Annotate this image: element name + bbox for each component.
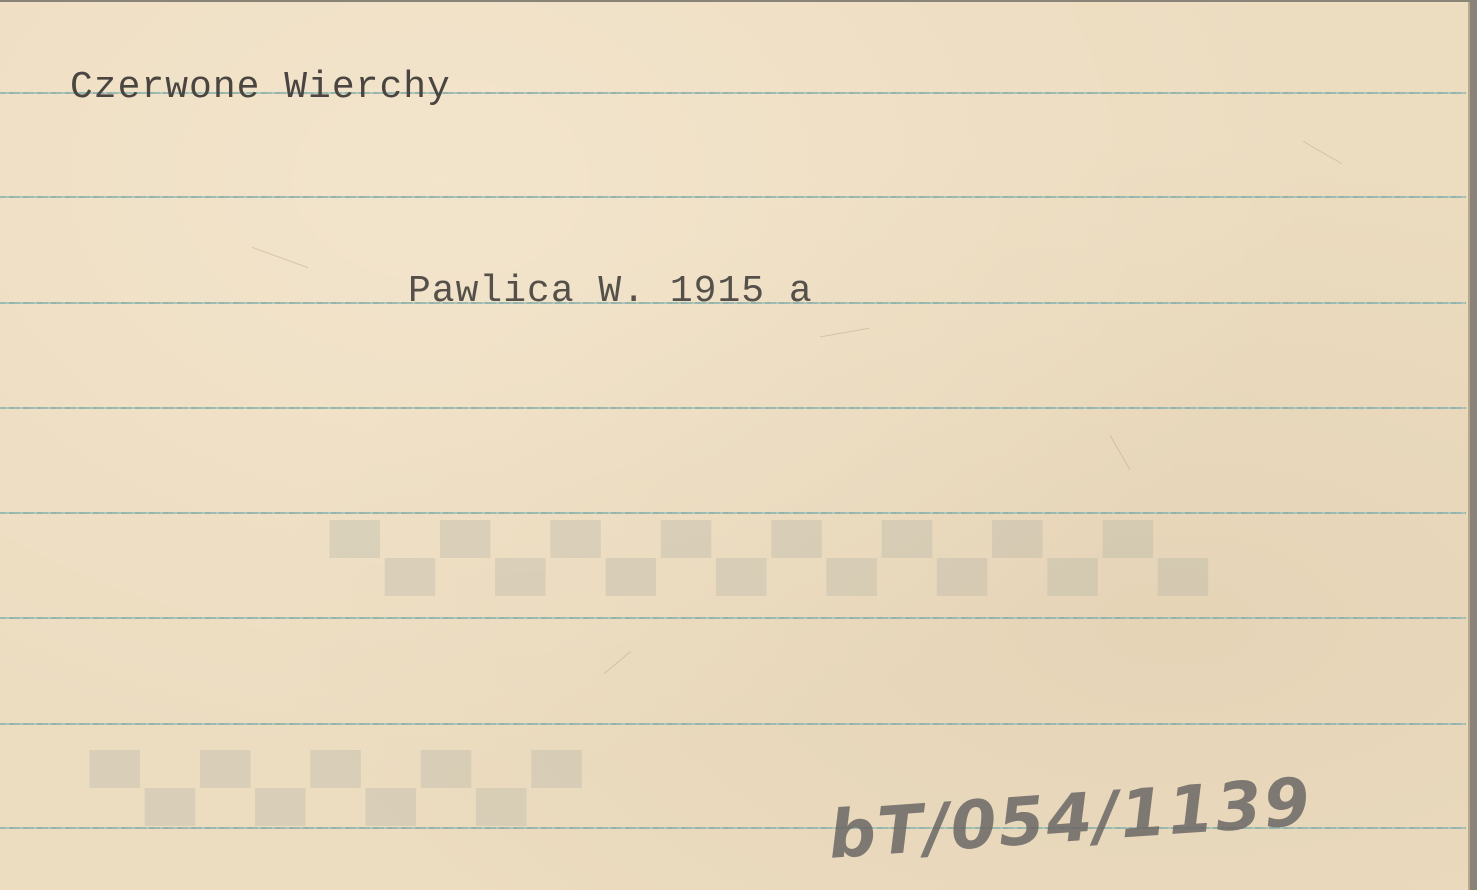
show-through-text: ▀▄▀▄▀▄▀▄▀▄▀▄▀▄▀▄ [330,522,1214,596]
paper-fiber [820,328,869,338]
paper-fiber [604,651,631,674]
paper-fiber [1303,141,1342,164]
rule-line [0,196,1466,198]
card-heading: Czerwone Wierchy [70,66,451,109]
show-through-text: ▀▄▀▄▀▄▀▄▀ [90,752,587,826]
paper-fiber [252,247,309,268]
card-entry: Pawlica W. 1915 a [408,270,813,313]
rule-line [0,723,1466,725]
call-number: bT/054/1139 [826,763,1314,874]
catalog-card: ▀▄▀▄▀▄▀▄▀▄▀▄▀▄▀▄ ▀▄▀▄▀▄▀▄▀ Czerwone Wier… [0,2,1470,890]
rule-line [0,617,1466,619]
paper-fiber [1110,435,1131,470]
rule-line [0,512,1466,514]
rule-line [0,407,1466,409]
